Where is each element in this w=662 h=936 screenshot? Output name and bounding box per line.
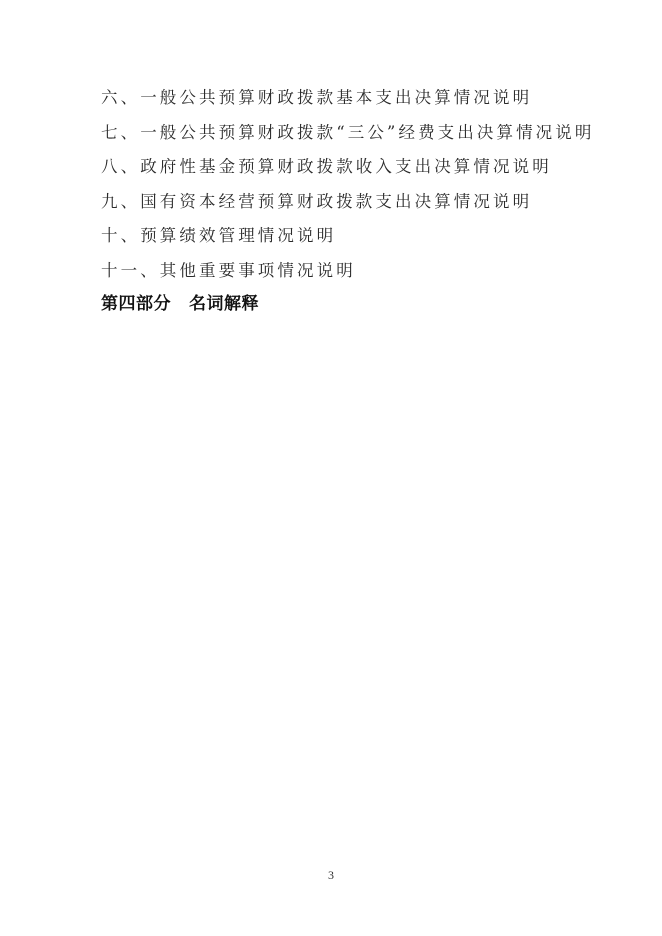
document-page: 六、一般公共预算财政拨款基本支出决算情况说明 七、一般公共预算财政拨款“三公”经… bbox=[0, 0, 662, 936]
part-number: 第四部分 bbox=[101, 294, 171, 314]
toc-item-8: 八、政府性基金预算财政拨款收入支出决算情况说明 bbox=[101, 153, 594, 188]
part-title: 名词解释 bbox=[189, 294, 259, 314]
page-number: 3 bbox=[0, 868, 662, 883]
toc-item-9: 九、国有资本经营预算财政拨款支出决算情况说明 bbox=[101, 188, 594, 223]
toc-item-7: 七、一般公共预算财政拨款“三公”经费支出决算情况说明 bbox=[101, 119, 594, 154]
table-of-contents: 六、一般公共预算财政拨款基本支出决算情况说明 七、一般公共预算财政拨款“三公”经… bbox=[101, 84, 594, 326]
toc-item-6: 六、一般公共预算财政拨款基本支出决算情况说明 bbox=[101, 84, 594, 119]
toc-part-heading: 第四部分名词解释 bbox=[101, 291, 594, 326]
toc-item-11: 十一、其他重要事项情况说明 bbox=[101, 257, 594, 292]
toc-item-10: 十、预算绩效管理情况说明 bbox=[101, 222, 594, 257]
